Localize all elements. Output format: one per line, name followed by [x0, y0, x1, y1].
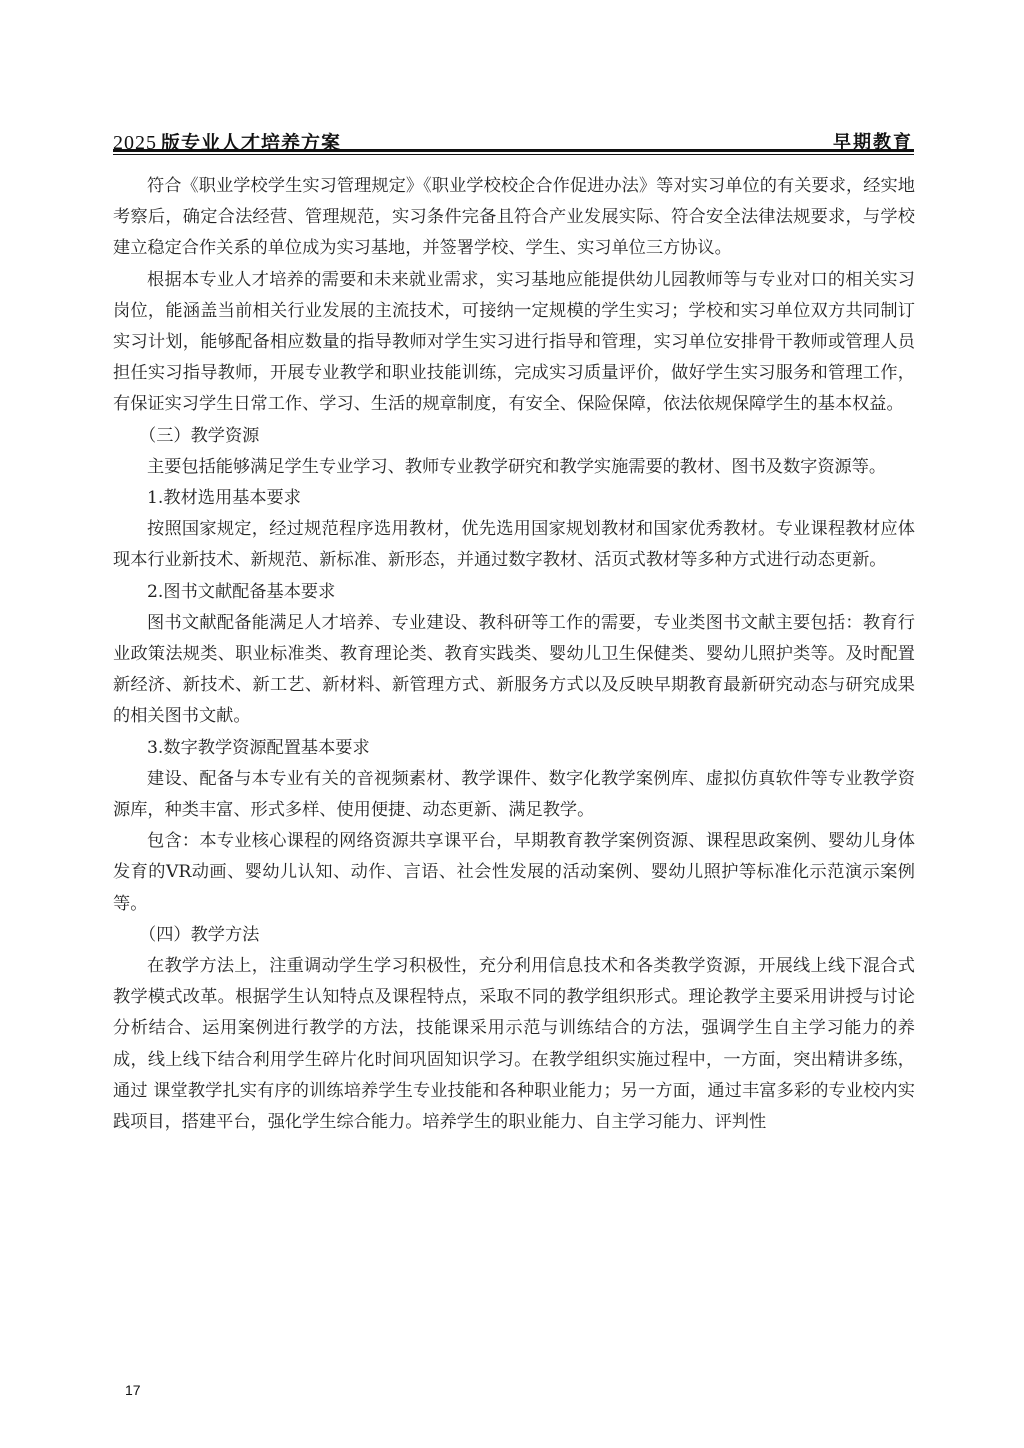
- header-rule-thick: [113, 149, 914, 152]
- paragraph-teaching-methods: 在教学方法上，注重调动学生学习积极性，充分利用信息技术和各类教学资源，开展线上线…: [113, 951, 915, 1138]
- subheading-library-resources: 2.图书文献配备基本要求: [113, 577, 915, 608]
- document-page: 2025版专业人才培养方案 早期教育 符合《职业学校学生实习管理规定》《职业学校…: [0, 0, 1024, 1448]
- paragraph-resources-intro: 主要包括能够满足学生专业学习、教师专业教学研究和教学实施需要的教材、图书及数字资…: [113, 452, 915, 483]
- paragraph-internship-base: 根据本专业人才培养的需要和未来就业需求，实习基地应能提供幼儿园教师等与专业对口的…: [113, 265, 915, 421]
- paragraph-textbook-selection: 按照国家规定，经过规范程序选用教材，优先选用国家规划教材和国家优秀教材。专业课程…: [113, 514, 915, 576]
- header-rule-thin: [113, 154, 914, 155]
- body-text: 符合《职业学校学生实习管理规定》《职业学校校企合作促进办法》等对实习单位的有关要…: [113, 171, 915, 1138]
- section-heading-teaching-resources: （三）教学资源: [113, 421, 915, 452]
- section-heading-teaching-methods: （四）教学方法: [113, 920, 915, 951]
- paragraph-digital-resources-includes: 包含：本专业核心课程的网络资源共享课平台，早期教育教学案例资源、课程思政案例、婴…: [113, 826, 915, 920]
- paragraph-digital-resources: 建设、配备与本专业有关的音视频素材、教学课件、数字化教学案例库、虚拟仿真软件等专…: [113, 764, 915, 826]
- paragraph-library-resources: 图书文献配备能满足人才培养、专业建设、教科研等工作的需要，专业类图书文献主要包括…: [113, 608, 915, 733]
- paragraph-internship-requirements: 符合《职业学校学生实习管理规定》《职业学校校企合作促进办法》等对实习单位的有关要…: [113, 171, 915, 265]
- subheading-textbook-selection: 1.教材选用基本要求: [113, 483, 915, 514]
- subheading-digital-resources: 3.数字教学资源配置基本要求: [113, 733, 915, 764]
- page-number: 17: [125, 1382, 141, 1398]
